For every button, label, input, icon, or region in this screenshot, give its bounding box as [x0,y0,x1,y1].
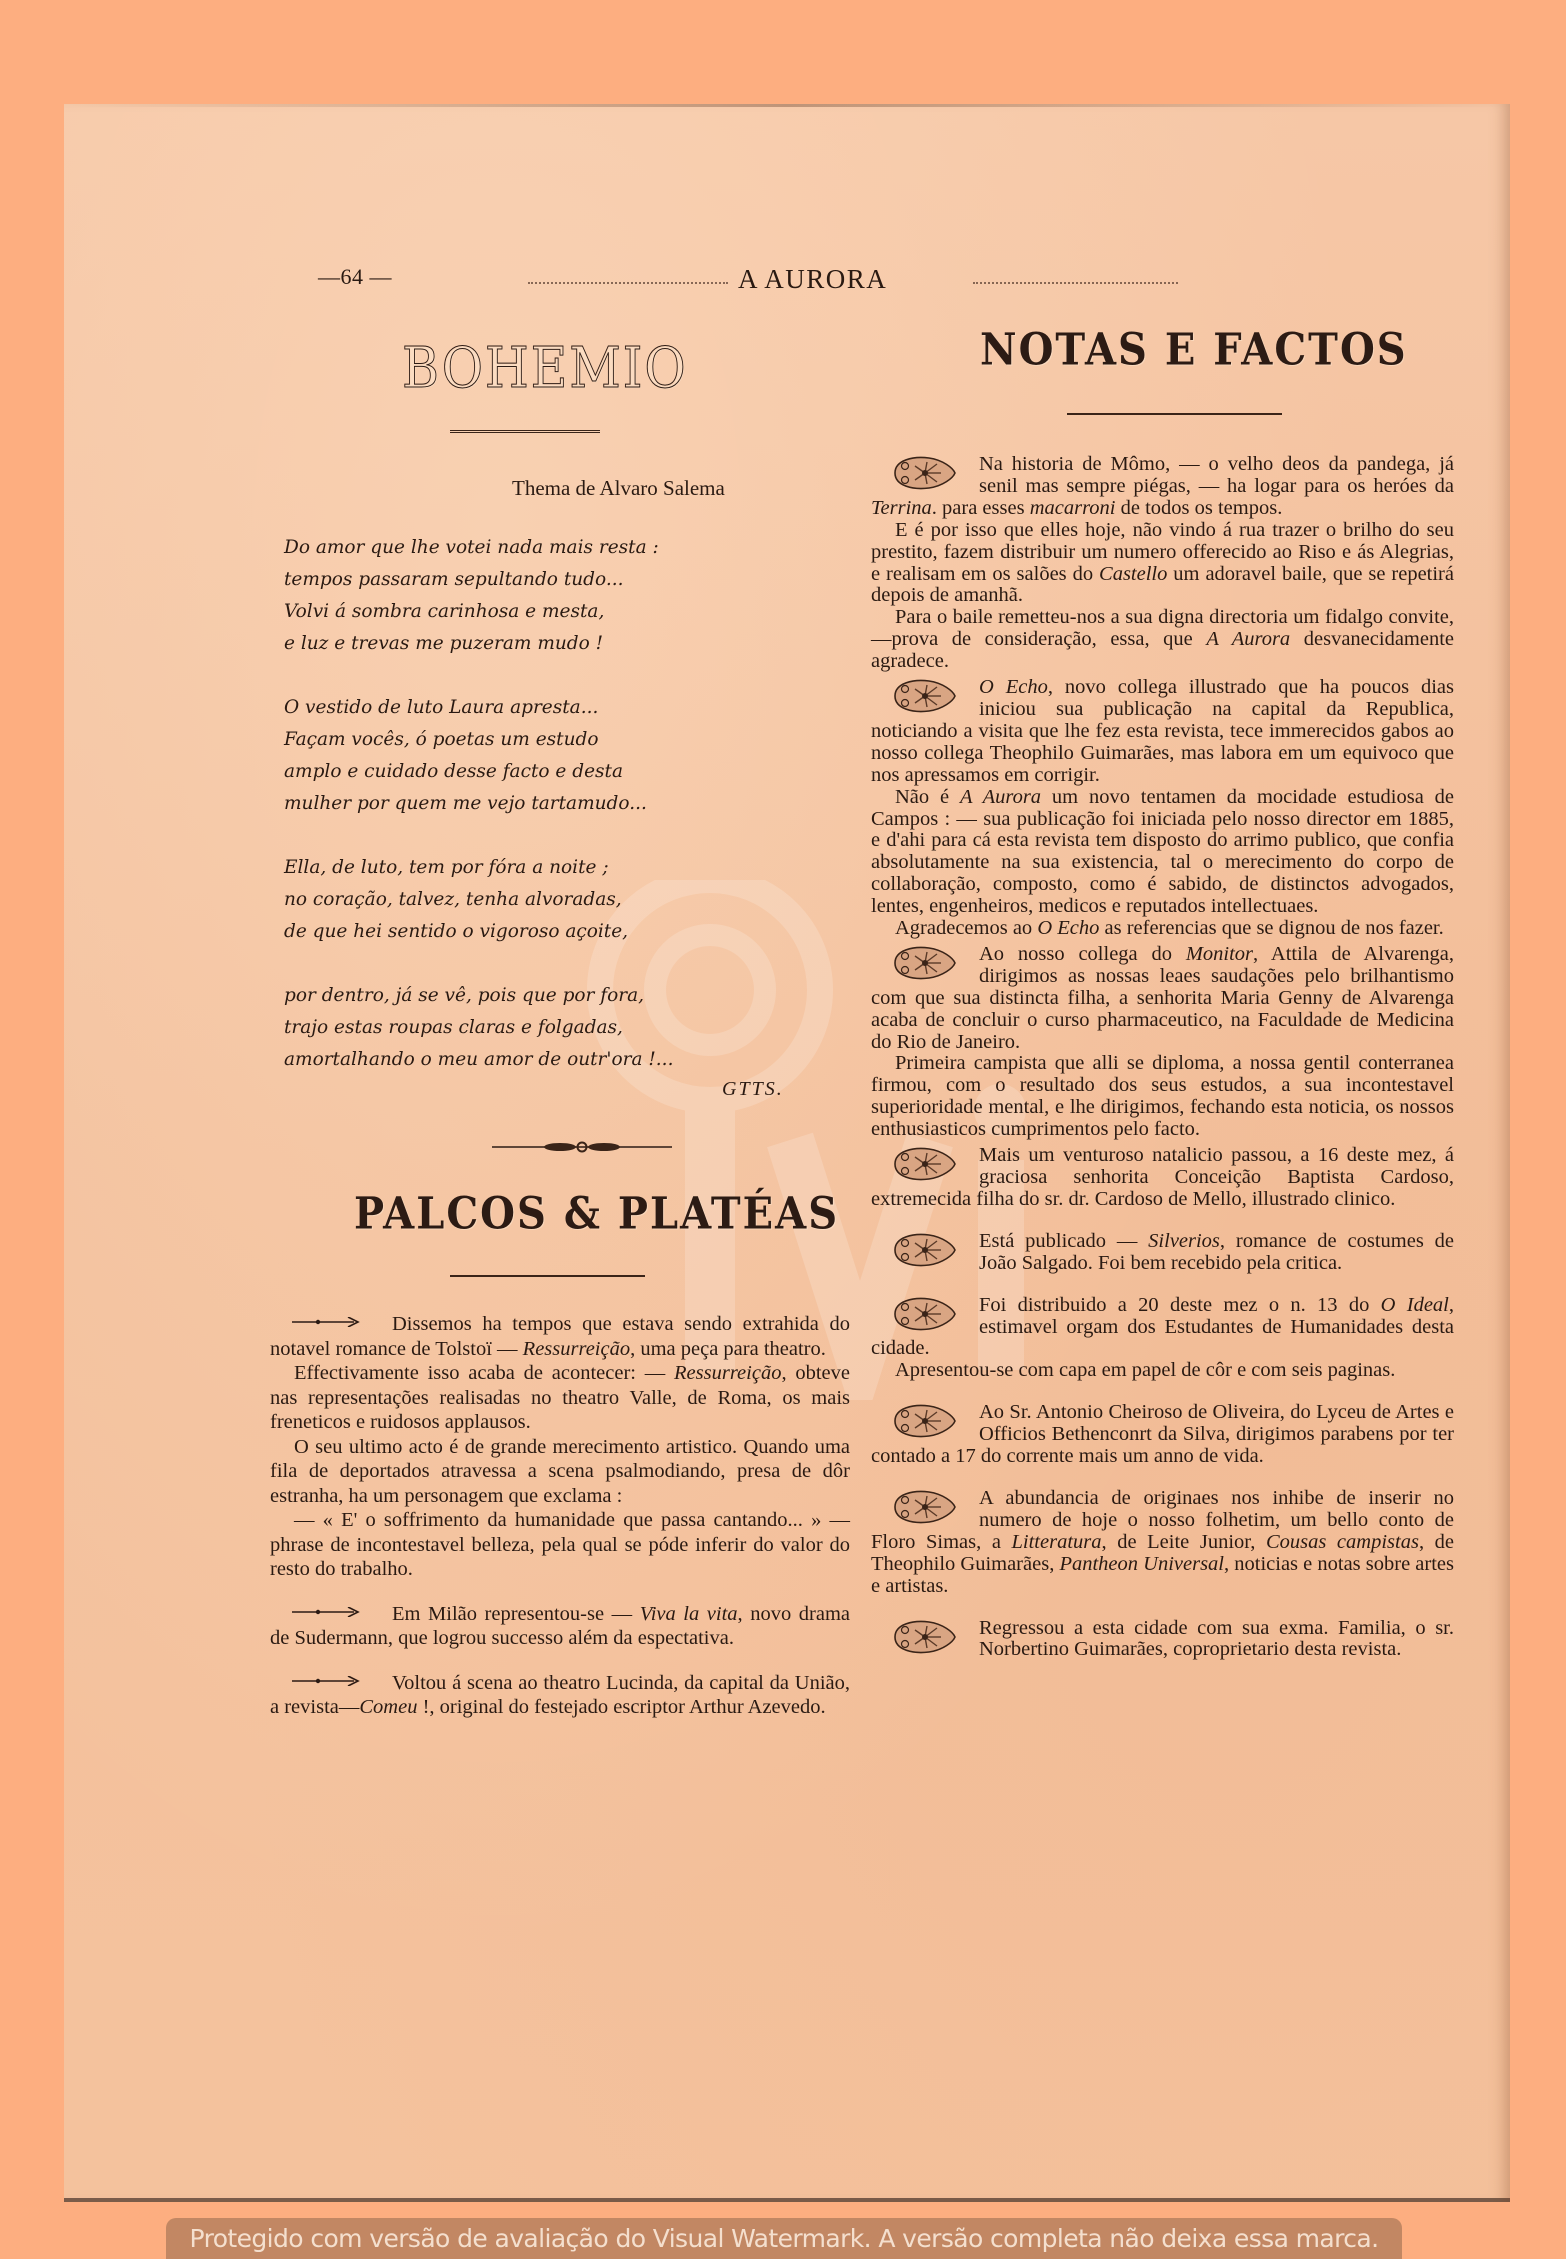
poem-stanza: O vestido de luto Laura apresta...Façam … [284,692,804,820]
notas-title-rule [1067,413,1282,415]
poem-line: Volvi á sombra carinhosa e mesta, [284,596,804,628]
page-number: —64 — [318,264,392,290]
arrow-ornament-icon [292,1676,362,1686]
notas-item: Ao nosso collega do Monitor, Attila de A… [871,944,1454,1141]
paragraph: A abundancia de originaes nos inhibe de … [871,1488,1454,1598]
paragraph: O Echo, novo collega illustrado que ha p… [871,677,1454,787]
paragraph: Na historia de Mômo, — o velho deos da p… [871,454,1454,520]
fleuron-icon [891,1295,957,1333]
notas-item: Está publicado — Silverios, romance de c… [871,1231,1454,1275]
paragraph: Não é A Aurora um novo tentamen da mocid… [871,787,1454,918]
paragraph: Regressou a esta cidade com sua exma. Fa… [871,1618,1454,1662]
section-title-notas: NOTAS E FACTOS [980,324,1408,376]
paragraph: Effectivamente isso acaba de acontecer: … [270,1361,850,1435]
poem-signature: GTTS. [722,1078,784,1101]
notas-column: Na historia de Mômo, — o velho deos da p… [871,454,1454,1681]
paragraph: Foi distribuido a 20 deste mez o n. 13 d… [871,1295,1454,1361]
notas-item: Foi distribuido a 20 deste mez o n. 13 d… [871,1295,1454,1383]
arrow-ornament-icon [292,1607,362,1617]
fleuron-icon [891,1145,957,1183]
palcos-item: Dissemos ha tempos que estava sendo extr… [270,1312,850,1582]
fleuron-icon [891,677,957,715]
paragraph: E é por isso que elles hoje, não vindo á… [871,520,1454,608]
paragraph: Está publicado — Silverios, romance de c… [871,1231,1454,1275]
fleuron-icon [891,1488,957,1526]
poem-line: amortalhando o meu amor de outr'ora !... [284,1044,804,1076]
poem-line: amplo e cuidado desse facto e desta [284,756,804,788]
fleuron-icon [891,944,957,982]
poem-line: O vestido de luto Laura apresta... [284,692,804,724]
poem-line: trajo estas roupas claras e folgadas, [284,1012,804,1044]
poem-line: Façam vocês, ó poetas um estudo [284,724,804,756]
poem-line: Ella, de luto, tem por fóra a noite ; [284,852,804,884]
poem-line: Do amor que lhe votei nada mais resta : [284,532,804,564]
poem-line: tempos passaram sepultando tudo... [284,564,804,596]
watermark-banner: Protegido com versão de avaliação do Vis… [166,2218,1402,2259]
header-rule-right [973,282,1178,284]
palcos-title-rule [450,1275,645,1277]
fleuron-icon [891,1402,957,1440]
arrow-ornament-icon [292,1317,362,1327]
poem-title: BOHEMIO [402,336,687,401]
poem-line: e luz e trevas me puzeram mudo ! [284,628,804,660]
section-title-palcos: PALCOS & PLATÉAS [354,1188,839,1240]
fleuron-icon [891,1618,957,1656]
paragraph: Ao Sr. Antonio Cheiroso de Oliveira, do … [871,1402,1454,1468]
notas-item: Ao Sr. Antonio Cheiroso de Oliveira, do … [871,1402,1454,1468]
poem-line: por dentro, já se vê, pois que por fora, [284,980,804,1012]
notas-item: Mais um venturoso natalicio passou, a 16… [871,1145,1454,1211]
paragraph: Dissemos ha tempos que estava sendo extr… [270,1312,850,1361]
poem-stanza: Ella, de luto, tem por fóra a noite ;no … [284,852,804,948]
poem-line: mulher por quem me vejo tartamudo... [284,788,804,820]
notas-item: Regressou a esta cidade com sua exma. Fa… [871,1618,1454,1662]
fleuron-icon [891,1231,957,1269]
paragraph: Para o baile remetteu-nos a sua digna di… [871,607,1454,673]
poem-title-rule [450,430,600,433]
poem-stanza: por dentro, já se vê, pois que por fora,… [284,980,804,1076]
palcos-item: Em Milão representou-se — Viva la vita, … [270,1602,850,1651]
page-top-edge [64,104,1510,107]
header-rule-left [528,282,728,284]
paragraph: Em Milão representou-se — Viva la vita, … [270,1602,850,1651]
paragraph: Apresentou-se com capa em papel de côr e… [871,1360,1454,1382]
palcos-item: Voltou á scena ao theatro Lucinda, da ca… [270,1671,850,1720]
poem-theme: Thema de Alvaro Salema [512,476,725,501]
poem-line: de que hei sentido o vigoroso açoite, [284,916,804,948]
poem-line: no coração, talvez, tenha alvoradas, [284,884,804,916]
poem-stanza: Do amor que lhe votei nada mais resta :t… [284,532,804,660]
ornamental-divider-icon [492,1140,672,1154]
journal-title: A AURORA [738,264,887,295]
running-header: —64 — A AURORA [318,264,1318,298]
paragraph: Agradecemos ao O Echo as referencias que… [871,918,1454,940]
notas-item: Na historia de Mômo, — o velho deos da p… [871,454,1454,673]
fleuron-icon [891,454,957,492]
paragraph: O seu ultimo acto é de grande mereciment… [270,1435,850,1509]
paragraph: Ao nosso collega do Monitor, Attila de A… [871,944,1454,1054]
notas-item: A abundancia de originaes nos inhibe de … [871,1488,1454,1598]
poem-body: Do amor que lhe votei nada mais resta :t… [284,532,804,1108]
paragraph: Mais um venturoso natalicio passou, a 16… [871,1145,1454,1211]
palcos-column: Dissemos ha tempos que estava sendo extr… [270,1312,850,1740]
paragraph: Primeira campista que alli se diploma, a… [871,1053,1454,1141]
paragraph: — « E' o soffrimento da humanidade que p… [270,1508,850,1582]
paragraph: Voltou á scena ao theatro Lucinda, da ca… [270,1671,850,1720]
notas-item: O Echo, novo collega illustrado que ha p… [871,677,1454,940]
